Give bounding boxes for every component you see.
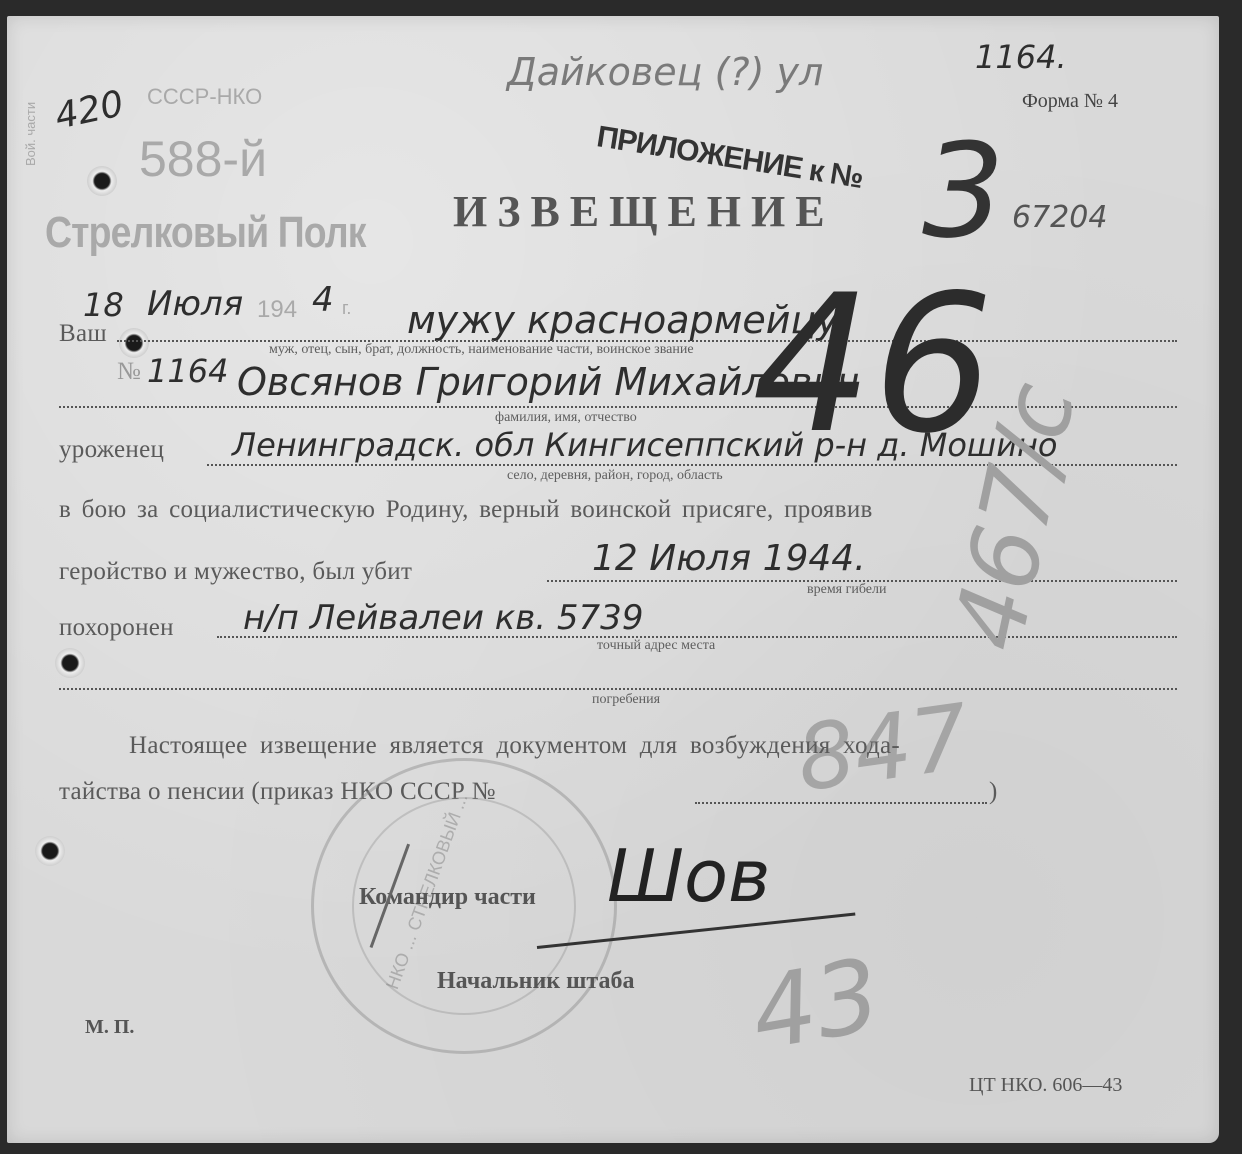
birthplace-value: Ленинградск. обл Кингисеппский р-н д. Мо… bbox=[232, 426, 1058, 464]
native-caption: село, деревня, район, город, область bbox=[507, 468, 723, 484]
punch-hole-1 bbox=[87, 166, 117, 196]
native-label: уроженец bbox=[59, 436, 164, 464]
seal-label: М. П. bbox=[85, 1016, 134, 1039]
relation-caption: муж, отец, сын, брат, должность, наимено… bbox=[269, 342, 694, 358]
burial-caption-2: погребения bbox=[592, 692, 660, 708]
issued-year-suffix: 4 bbox=[312, 280, 334, 320]
big-scribble-number: 3 bbox=[922, 126, 1005, 256]
death-caption: время гибели bbox=[807, 582, 887, 598]
unit-stamp-line1: СССР-НКО bbox=[147, 84, 262, 110]
vertical-side-stamp: Вой. части bbox=[23, 102, 38, 166]
sentence-2: геройство и мужество, был убит bbox=[59, 558, 412, 586]
unit-stamp-number: 588-й bbox=[139, 130, 267, 188]
issued-date-month: Июля bbox=[147, 284, 243, 324]
burial-line-2 bbox=[59, 688, 1177, 690]
punch-hole-3 bbox=[55, 648, 85, 678]
printer-mark: ЦТ НКО. 606—43 bbox=[969, 1074, 1122, 1097]
top-right-number: 1164. bbox=[975, 38, 1067, 76]
punch-hole-2 bbox=[119, 328, 149, 358]
number-label: № bbox=[117, 358, 141, 386]
punch-hole-4 bbox=[35, 836, 65, 866]
burial-place: н/п Лейвалеи кв. 5739 bbox=[243, 598, 643, 638]
chief-of-staff-label: Начальник штаба bbox=[437, 968, 634, 995]
name-caption: фамилия, имя, отчество bbox=[495, 410, 637, 426]
issued-date-day: 18 bbox=[83, 286, 124, 324]
death-date: 12 Июля 1944. bbox=[592, 538, 866, 579]
form-number: Форма № 4 bbox=[1022, 90, 1118, 113]
registration-number: 1164 bbox=[147, 352, 228, 390]
pension-line-1: Настоящее извещение является документом … bbox=[129, 732, 900, 760]
pension-close: ) bbox=[989, 778, 998, 806]
unit-stamp-regiment: Стрелковый Полк bbox=[45, 208, 366, 258]
commander-signature: Шов bbox=[607, 834, 770, 918]
top-handwritten-note: Дайковец (?) ул bbox=[507, 50, 823, 94]
faint-bottom-number: 43 bbox=[743, 936, 889, 1073]
notification-paper: Вой. части 420 СССР-НКО 588-й Стрелковый… bbox=[7, 16, 1219, 1143]
burial-caption-1: точный адрес места bbox=[597, 638, 715, 654]
buried-label: похоронен bbox=[59, 614, 174, 642]
attachment-number: 67204 bbox=[1012, 200, 1107, 235]
corner-handwritten-number: 420 bbox=[51, 83, 127, 137]
year-suffix-label: г. bbox=[342, 298, 351, 319]
attachment-stamp: ПРИЛОЖЕНИЕ к № bbox=[594, 120, 865, 196]
year-prefix: 194 bbox=[257, 296, 297, 324]
pension-order-line bbox=[695, 802, 987, 804]
document-title: ИЗВЕЩЕНИЕ bbox=[453, 186, 835, 237]
your-label: Ваш bbox=[59, 320, 107, 348]
sentence-1: в бою за социалистическую Родину, верный… bbox=[59, 496, 873, 524]
